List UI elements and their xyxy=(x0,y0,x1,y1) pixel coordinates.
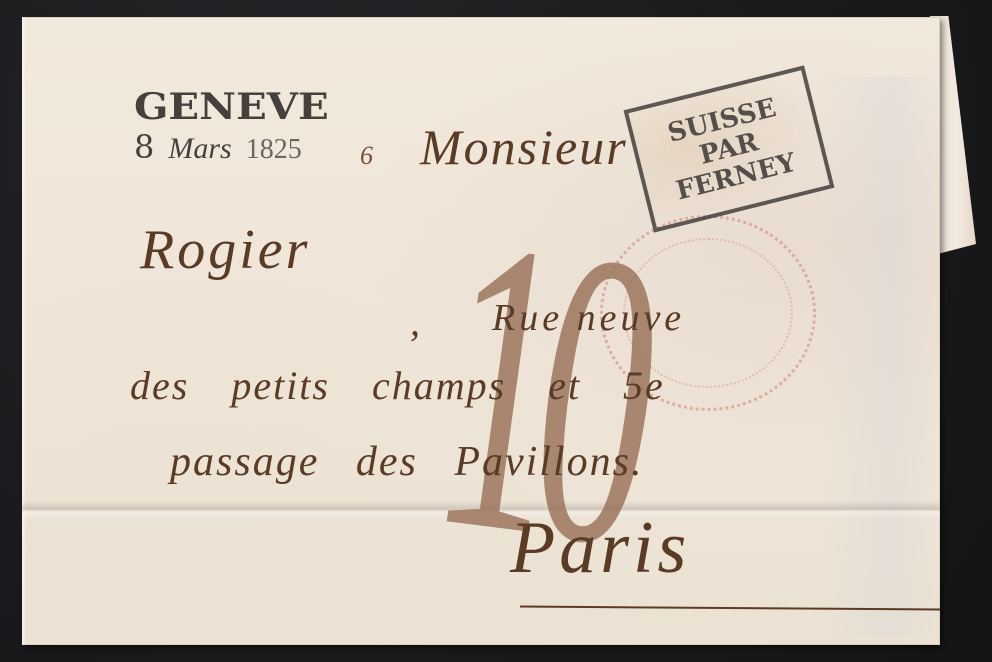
address-line-2: des petits champs et 5e xyxy=(130,362,665,409)
address-city: Paris xyxy=(510,506,690,591)
address-recipient-name: Rogier xyxy=(140,218,310,282)
postmark-day: 8 xyxy=(134,128,154,166)
geneve-origin-postmark: GENEVE 8 Mars 1825 xyxy=(134,86,308,166)
postmark-date: 8 Mars 1825 xyxy=(134,128,308,166)
address-line-1: Rue neuve xyxy=(492,296,685,340)
address-salutation: Monsieur xyxy=(420,118,628,176)
postmark-month: Mars xyxy=(168,132,231,166)
postmark-year: 1825 xyxy=(246,134,302,166)
address-comma: , xyxy=(410,298,420,345)
paper-tint xyxy=(820,77,940,637)
postmark-city: GENEVE xyxy=(134,86,329,128)
address-line-3: passage des Pavillons. xyxy=(170,438,643,486)
year-manuscript-correction: 6 xyxy=(360,141,373,171)
